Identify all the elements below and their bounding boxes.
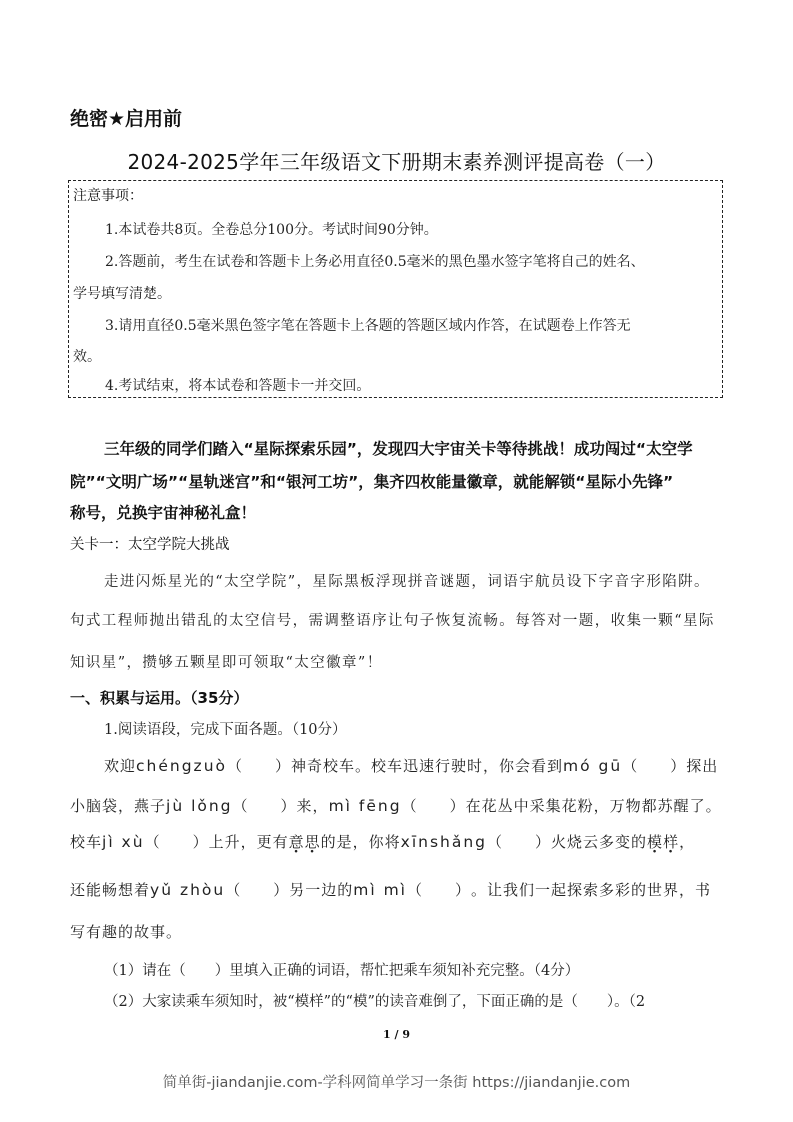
answer-blank[interactable]: （ ）	[145, 831, 209, 852]
sub-question-2: （2）大家读乘车须知时，被“模样”的“模”的读音难倒了，下面正确的是（ ）。（2	[104, 990, 645, 1011]
page-number: 1 / 9	[0, 1028, 793, 1041]
sub-question-1: （1）请在（ ）里填入正确的词语，帮忙把乘车须知补充完整。（4分）	[104, 959, 579, 980]
passage-text: 。让我们一起探索多彩的世界，书	[471, 881, 711, 899]
passage-line-3: 校车jì xù（ ）上升，更有意思的是，你将xīnshǎng（ ）火烧云多变的模…	[70, 831, 695, 852]
story-line-2: 句式工程师抛出错乱的太空信号，需调整语序让句子恢复流畅。每答对一题，收集一颗“星…	[70, 609, 715, 630]
answer-blank[interactable]: （ ）	[407, 879, 471, 900]
passage-text: ，	[679, 833, 695, 851]
notice-box: 注意事项： 1.本试卷共8页。全卷总分100分。考试时间90分钟。 2.答题前，…	[68, 180, 723, 398]
pinyin-jixu: jì xù	[102, 833, 145, 851]
notice-line-2-cont: 学号填写清楚。	[73, 283, 171, 303]
notice-line-3: 3.请用直径0.5毫米黑色签字笔在答题卡上各题的答题区域内作答，在试题卷上作答无	[105, 315, 631, 335]
emphasized-char: 意	[289, 833, 305, 851]
question-1-prompt: 1.阅读语段，完成下面各题。（10分）	[104, 718, 347, 739]
level-title: 关卡一：太空学院大挑战	[70, 533, 230, 554]
passage-text: 另一边的	[289, 881, 353, 899]
notice-line-2: 2.答题前，考生在试卷和答题卡上务必用直径0.5毫米的黑色墨水签字笔将自己的姓名…	[105, 251, 645, 271]
notice-line-4: 4.考试结束，将本试卷和答题卡一并交回。	[105, 375, 370, 395]
passage-text: 的是，你将	[321, 833, 401, 851]
passage-text: 在花丛中采集花粉，万物都苏醒了。	[466, 797, 722, 815]
pinyin-mimi: mì mì	[353, 881, 407, 899]
pinyin-julong: jù lǒng	[166, 797, 233, 815]
pinyin-mifeng: mì fēng	[329, 797, 402, 815]
emphasized-char: 思	[305, 833, 321, 851]
footer-watermark: 简单街-jiandanjie.com-学科网简单学习一条街 https://ji…	[0, 1071, 793, 1092]
emphasized-char: 模	[647, 833, 663, 851]
passage-text: 还能畅想着	[70, 881, 150, 899]
answer-blank[interactable]: （ ）	[225, 879, 289, 900]
passage-text: 小脑袋，燕子	[70, 797, 166, 815]
passage-line-5: 写有趣的故事。	[70, 921, 182, 942]
answer-blank[interactable]: （ ）	[402, 795, 466, 816]
intro-line-1: 三年级的同学们踏入“星际探索乐园”，发现四大宇宙关卡等待挑战！成功闯过“太空学	[104, 437, 693, 459]
notice-title: 注意事项：	[73, 185, 143, 205]
passage-line-2: 小脑袋，燕子jù lǒng（ ）来，mì fēng（ ）在花丛中采集花粉，万物都…	[70, 795, 722, 816]
story-line-1: 走进闪烁星光的“太空学院”，星际黑板浮现拼音谜题，词语宇航员设下字音字形陷阱。	[104, 570, 710, 591]
pinyin-xinshang: xīnshǎng	[401, 833, 487, 851]
passage-line-1: 欢迎chéngzuò（ ）神奇校车。校车迅速行驶时，你会看到mó gū（ ）探出	[104, 755, 718, 776]
passage-text: 上升，更有	[209, 833, 289, 851]
story-line-3: 知识星”，攒够五颗星即可领取“太空徽章”！	[70, 651, 383, 672]
notice-line-3-cont: 效。	[73, 346, 101, 366]
passage-line-4: 还能畅想着yǔ zhòu（ ）另一边的mì mì（ ）。让我们一起探索多彩的世界…	[70, 879, 711, 900]
passage-text: 神奇校车。校车迅速行驶时，你会看到	[291, 757, 563, 775]
answer-blank[interactable]: （ ）	[622, 755, 686, 776]
answer-blank[interactable]: （ ）	[487, 831, 551, 852]
section-title: 一、积累与运用。（35分）	[70, 687, 248, 708]
exam-title: 2024-2025学年三年级语文下册期末素养测评提高卷（一）	[0, 146, 793, 175]
intro-line-3: 称号，兑换宇宙神秘礼盒！	[70, 501, 256, 523]
exam-page: 绝密★启用前 2024-2025学年三年级语文下册期末素养测评提高卷（一） 注意…	[0, 0, 793, 1122]
pinyin-mogu: mó gū	[563, 757, 622, 775]
passage-text: 欢迎	[104, 757, 136, 775]
passage-text: 校车	[70, 833, 102, 851]
intro-line-2: 院”“文明广场”“星轨迷宫”和“银河工坊”，集齐四枚能量徽章，就能解锁“星际小先…	[70, 470, 673, 492]
answer-blank[interactable]: （ ）	[233, 795, 297, 816]
emphasized-char: 样	[663, 833, 679, 851]
notice-line-1: 1.本试卷共8页。全卷总分100分。考试时间90分钟。	[105, 219, 438, 239]
pinyin-chengzuo: chéngzuò	[136, 757, 227, 775]
passage-text: 探出	[686, 757, 718, 775]
passage-text: 火烧云多变的	[551, 833, 647, 851]
pinyin-yuzhou: yǔ zhòu	[150, 881, 225, 899]
confidential-label: 绝密★启用前	[70, 104, 182, 131]
passage-text: 来，	[297, 797, 329, 815]
answer-blank[interactable]: （ ）	[227, 755, 291, 776]
